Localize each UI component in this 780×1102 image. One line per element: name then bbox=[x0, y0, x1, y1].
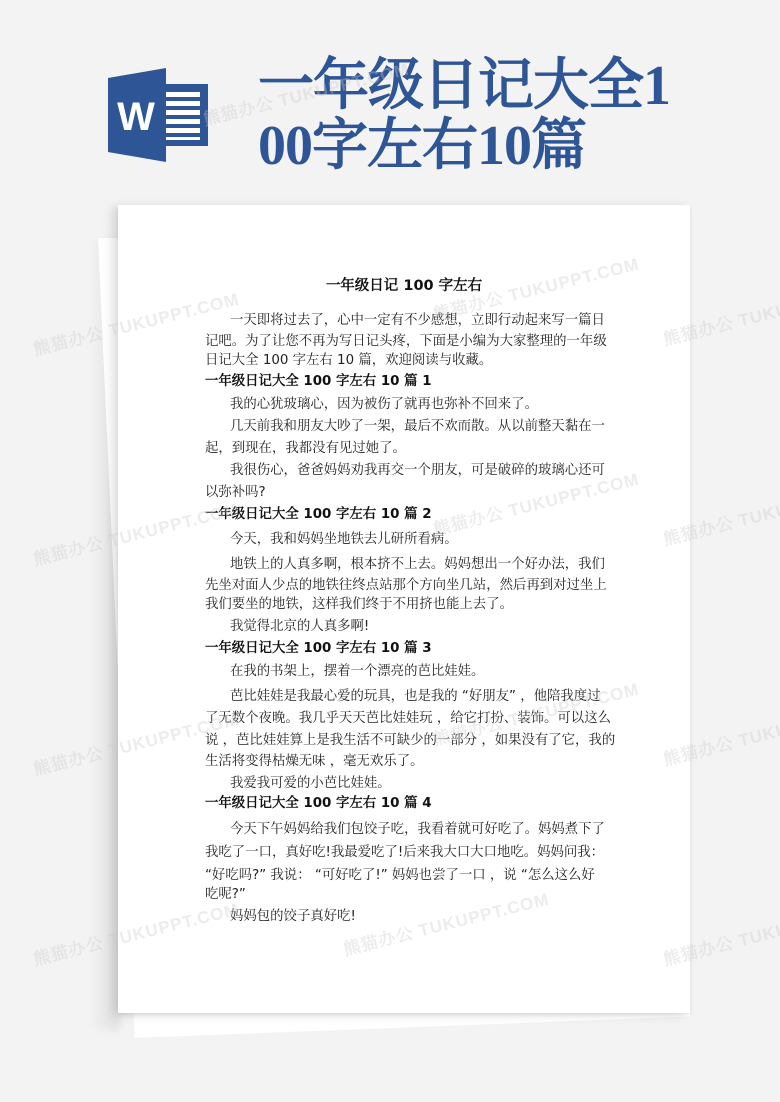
paragraph-line: 以弥补吗? bbox=[205, 483, 605, 503]
paragraph-line: 芭比娃娃是我最心爱的玩具，也是我的 “好朋友” ，他陪我度过 bbox=[230, 687, 630, 707]
section-heading: 一年级日记大全 100 字左右 10 篇 1 bbox=[205, 372, 605, 392]
paragraph-line: 生活将变得枯燥无味 ，毫无欢乐了。 bbox=[205, 752, 605, 772]
paragraph-line: 日记大全 100 字左右 10 篇，欢迎阅读与收藏。 bbox=[205, 351, 605, 371]
document-page: 一年级日记 100 字左右 一天即将过去了，心中一定有不少感想，立即行动起来写一… bbox=[118, 205, 690, 1013]
paragraph-line: 一天即将过去了，心中一定有不少感想，立即行动起来写一篇日 bbox=[230, 311, 630, 331]
paragraph-line: 我吃了一口，真好吃!我最爱吃了!后来我大口大口地吃。妈妈问我： bbox=[205, 843, 605, 863]
paragraph-line: 我们要坐的地铁，这样我们终于不用挤也能上去了。 bbox=[205, 595, 605, 615]
paragraph-line: 起，到现在，我都没有见过她了。 bbox=[205, 439, 605, 459]
banner-title-line1: 一年级日记大全1 bbox=[258, 55, 670, 117]
paragraph-line: 在我的书架上，摆着一个漂亮的芭比娃娃。 bbox=[230, 662, 630, 682]
paragraph-line: 吃呢?” bbox=[205, 885, 605, 905]
paragraph-line: 地铁上的人真多啊，根本挤不上去。妈妈想出一个好办法，我们 bbox=[230, 555, 630, 575]
paragraph-line: 我很伤心，爸爸妈妈劝我再交一个朋友，可是破碎的玻璃心还可 bbox=[230, 461, 630, 481]
paragraph-line: 妈妈包的饺子真好吃! bbox=[230, 907, 630, 927]
paragraph-line: 几天前我和朋友大吵了一架，最后不欢而散。从以前整天黏在一 bbox=[230, 417, 630, 437]
paragraph-line: 我爱我可爱的小芭比娃娃。 bbox=[230, 774, 630, 794]
section-heading: 一年级日记大全 100 字左右 10 篇 3 bbox=[205, 639, 605, 659]
paragraph-line: 今天，我和妈妈坐地铁去儿研所看病。 bbox=[230, 530, 630, 550]
document-title: 一年级日记 100 字左右 bbox=[118, 274, 690, 295]
word-document-icon: W bbox=[108, 68, 208, 162]
paragraph-line: 今天下午妈妈给我们包饺子吃，我看着就可好吃了。妈妈煮下了 bbox=[230, 820, 630, 840]
paragraph-line: 我觉得北京的人真多啊! bbox=[230, 617, 630, 637]
paragraph-line: “好吃吗?” 我说： “可好吃了!” 妈妈也尝了一口 ，说 “怎么这么好 bbox=[205, 866, 605, 886]
section-heading: 一年级日记大全 100 字左右 10 篇 4 bbox=[205, 794, 605, 814]
svg-text:W: W bbox=[117, 95, 155, 139]
banner-title-line2: 00字左右10篇 bbox=[258, 115, 586, 177]
paragraph-line: 先坐对面人少点的地铁往终点站那个方向坐几站，然后再到对过坐上 bbox=[205, 576, 605, 596]
paragraph-line: 记吧。为了让您不再为写日记头疼，下面是小编为大家整理的一年级 bbox=[205, 332, 605, 352]
paragraph-line: 说 ，芭比娃娃算上是我生活不可缺少的一部分 ，如果没有了它，我的 bbox=[205, 731, 605, 751]
paragraph-line: 我的心犹玻璃心，因为被伤了就再也弥补不回来了。 bbox=[230, 395, 630, 415]
paragraph-line: 了无数个夜晚。我几乎天天芭比娃娃玩 ，给它打扮、装饰。可以这么 bbox=[205, 709, 605, 729]
section-heading: 一年级日记大全 100 字左右 10 篇 2 bbox=[205, 505, 605, 525]
banner-title: 一年级日记大全1 00字左右10篇 bbox=[258, 56, 678, 176]
